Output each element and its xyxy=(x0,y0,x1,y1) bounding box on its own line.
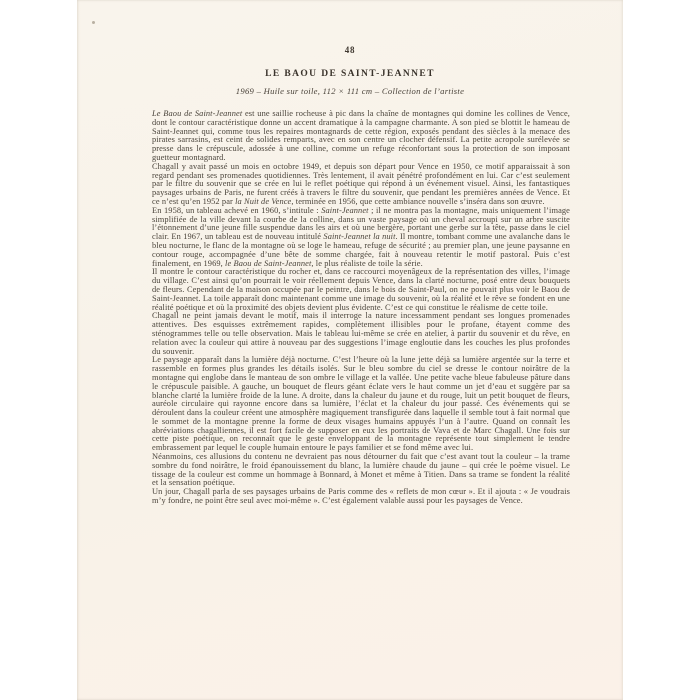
paragraph-method: Chagall ne peint jamais devant le motif,… xyxy=(152,312,570,356)
italic-run: Saint-Jeannet xyxy=(321,206,368,215)
paragraph-history: Chagall y avait passé un mois en octobre… xyxy=(152,163,570,207)
italic-run: Le Baou de Saint-Jeannet xyxy=(152,109,242,118)
book-page: 48 LE BAOU DE SAINT-JEANNET 1969 – Huile… xyxy=(77,0,623,700)
text-run: En 1958, un tableau achevé en 1960, s’in… xyxy=(152,206,321,215)
text-run: Un jour, Chagall parla de ses paysages u… xyxy=(152,487,570,505)
text-run: Chagall ne peint jamais devant le motif,… xyxy=(152,311,570,355)
page-number: 48 xyxy=(77,45,623,55)
text-run: est une saillie rocheuse à pic dans la c… xyxy=(152,109,570,162)
paper-speck xyxy=(92,21,95,24)
text-run: Il montre le contour caractéristique du … xyxy=(152,267,570,311)
text-run: Le paysage apparaît dans la lumière déjà… xyxy=(152,355,570,452)
article-body: Le Baou de Saint-Jeannet est une saillie… xyxy=(152,110,570,506)
italic-run: la Nuit de Vence xyxy=(235,197,291,206)
paragraph-nocturne: Le paysage apparaît dans la lumière déjà… xyxy=(152,356,570,453)
italic-run: le Baou de Saint-Jeannet xyxy=(225,259,311,268)
paragraph-intro: Le Baou de Saint-Jeannet est une saillie… xyxy=(152,110,570,163)
text-run: , le plus réaliste de toile la série. xyxy=(311,259,422,268)
paragraph-color: Néanmoins, ces allusions du contenu ne d… xyxy=(152,453,570,488)
scan-background: 48 LE BAOU DE SAINT-JEANNET 1969 – Huile… xyxy=(0,0,700,700)
paragraph-realism: Il montre le contour caractéristique du … xyxy=(152,268,570,312)
text-run: , terminée en 1956, que cette ambiance n… xyxy=(291,197,544,206)
artwork-caption: 1969 – Huile sur toile, 112 × 111 cm – C… xyxy=(77,86,623,96)
artwork-title: LE BAOU DE SAINT-JEANNET xyxy=(77,69,623,79)
paragraph-series: En 1958, un tableau achevé en 1960, s’in… xyxy=(152,207,570,269)
paragraph-quote: Un jour, Chagall parla de ses paysages u… xyxy=(152,488,570,506)
italic-run: Saint-Jeannet la nuit xyxy=(323,232,395,241)
text-run: Néanmoins, ces allusions du contenu ne d… xyxy=(152,452,570,487)
